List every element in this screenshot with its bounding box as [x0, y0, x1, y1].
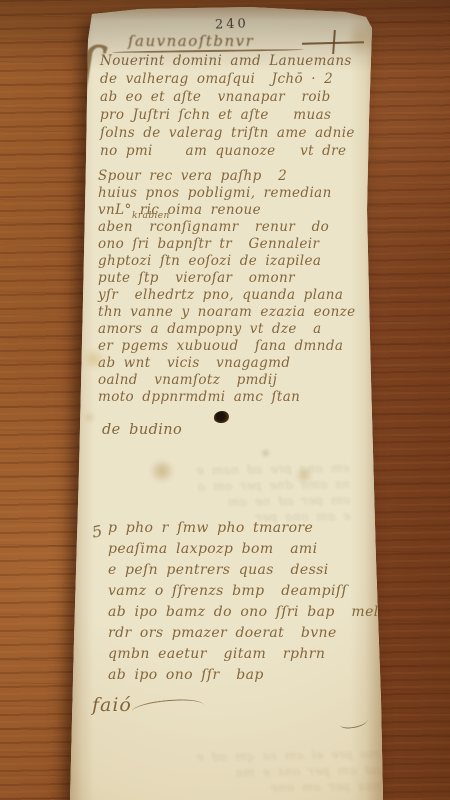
manuscript-photo: 240 ſauvnaoſtbnvr ʃ Nouerint domini amd …	[0, 0, 450, 800]
photo-vignette	[0, 0, 450, 800]
